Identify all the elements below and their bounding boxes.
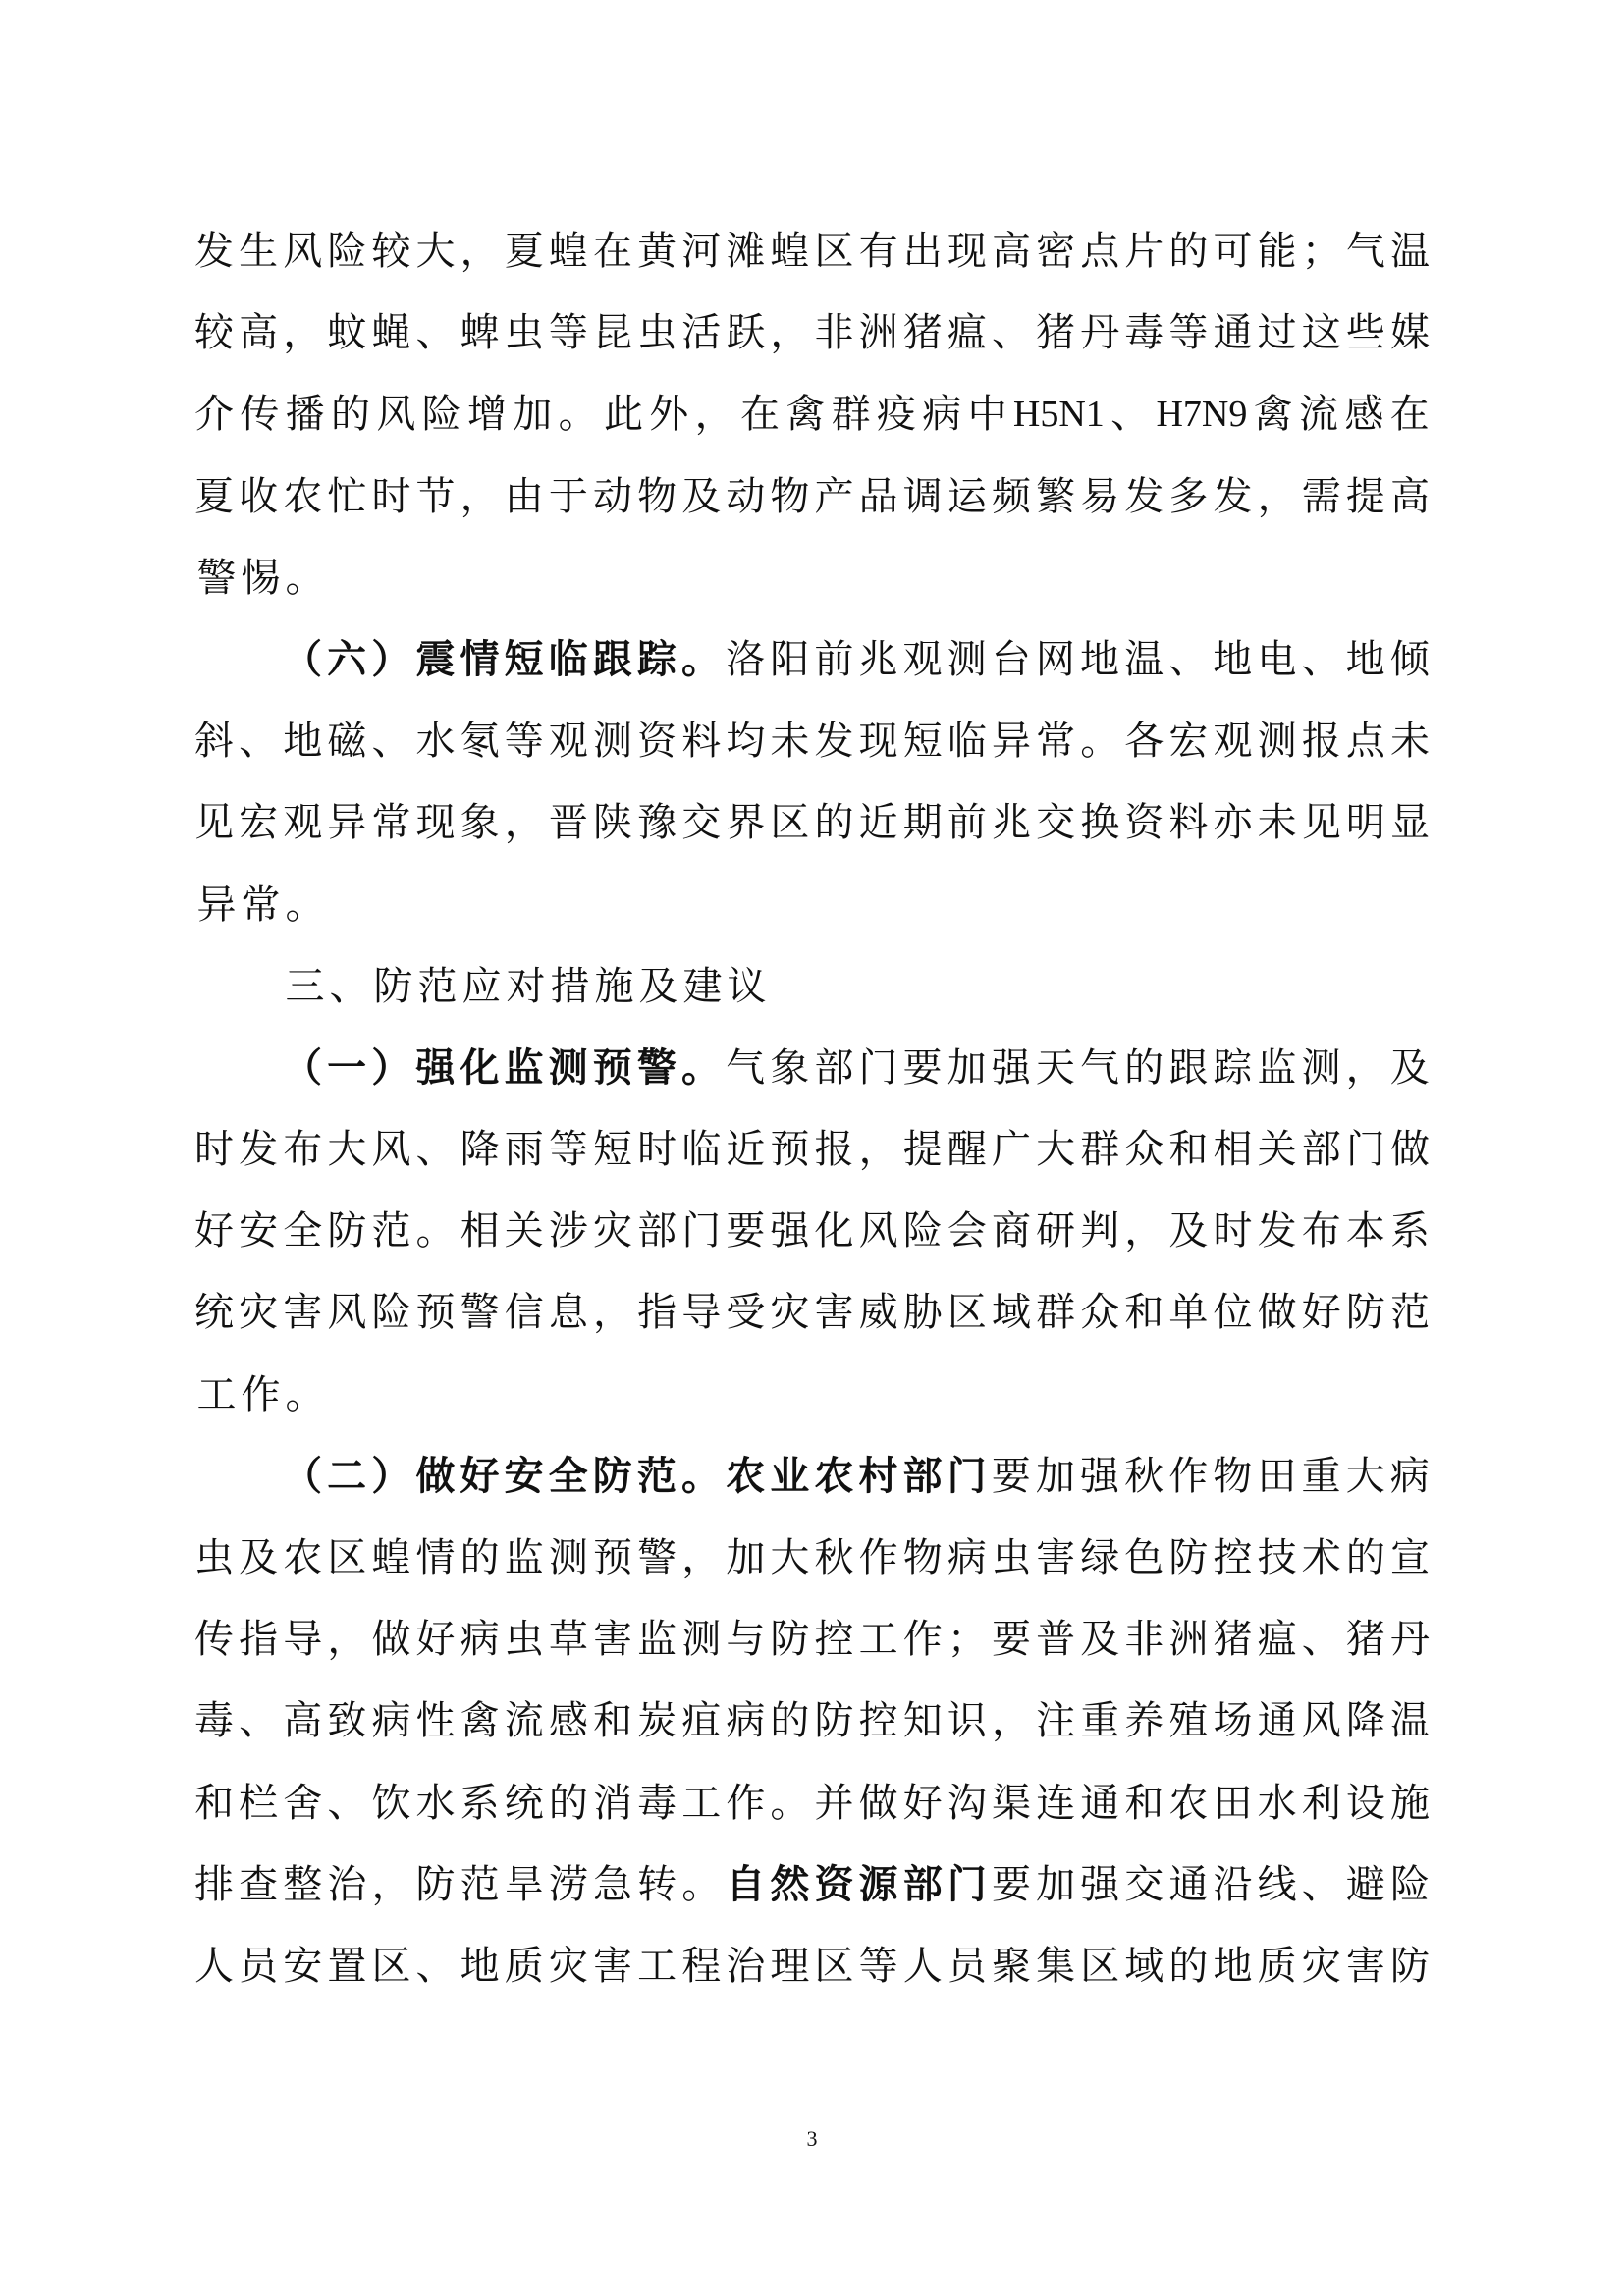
- text-line: 夏收农忙时节，由于动物及动物产品调运频繁易发多发，需提高: [194, 456, 1430, 538]
- text-line: 和栏舍、饮水系统的消毒工作。并做好沟渠连通和农田水利设施: [194, 1763, 1430, 1844]
- text-line: 人员安置区、地质灾害工程治理区等人员聚集区域的地质灾害防: [194, 1926, 1430, 2007]
- document-body: 发生风险较大，夏蝗在黄河滩蝗区有出现高密点片的可能；气温较高，蚊蝇、蜱虫等昆虫活…: [194, 211, 1430, 2007]
- text-line: 时发布大风、降雨等短时临近预报，提醒广大群众和相关部门做: [194, 1109, 1430, 1191]
- section-heading: 三、防范应对措施及建议: [194, 946, 1430, 1028]
- text-line: 好安全防范。相关涉灾部门要强化风险会商研判，及时发布本系: [194, 1191, 1430, 1272]
- text-line: 传指导，做好病虫草害监测与防控工作；要普及非洲猪瘟、猪丹: [194, 1599, 1430, 1681]
- paragraph: 发生风险较大，夏蝗在黄河滩蝗区有出现高密点片的可能；气温较高，蚊蝇、蜱虫等昆虫活…: [194, 211, 1430, 619]
- text-line: 统灾害风险预警信息，指导受灾害威胁区域群众和单位做好防范: [194, 1272, 1430, 1354]
- text-line: 工作。: [194, 1355, 1430, 1436]
- text-line: 异常。: [194, 865, 1430, 946]
- text-line: 见宏观异常现象，晋陕豫交界区的近期前兆交换资料亦未见明显: [194, 782, 1430, 864]
- text-line: 发生风险较大，夏蝗在黄河滩蝗区有出现高密点片的可能；气温: [194, 211, 1430, 293]
- text-line: 斜、地磁、水氡等观测资料均未发现短临异常。各宏观测报点未: [194, 701, 1430, 782]
- text-line: （六）震情短临跟踪。洛阳前兆观测台网地温、地电、地倾: [194, 619, 1430, 701]
- text-line: 排查整治，防范旱涝急转。自然资源部门要加强交通沿线、避险: [194, 1844, 1430, 1926]
- paragraph: （一）强化监测预警。气象部门要加强天气的跟踪监测，及时发布大风、降雨等短时临近预…: [194, 1028, 1430, 1436]
- text-line: 三、防范应对措施及建议: [194, 946, 1430, 1028]
- text-line: （一）强化监测预警。气象部门要加强天气的跟踪监测，及: [194, 1028, 1430, 1109]
- text-line: （二）做好安全防范。农业农村部门要加强秋作物田重大病: [194, 1436, 1430, 1518]
- text-line: 虫及农区蝗情的监测预警，加大秋作物病虫害绿色防控技术的宣: [194, 1518, 1430, 1599]
- page-number: 3: [0, 2126, 1624, 2152]
- text-line: 毒、高致病性禽流感和炭疽病的防控知识，注重养殖场通风降温: [194, 1681, 1430, 1762]
- paragraph: （二）做好安全防范。农业农村部门要加强秋作物田重大病虫及农区蝗情的监测预警，加大…: [194, 1436, 1430, 2007]
- document-page: 发生风险较大，夏蝗在黄河滩蝗区有出现高密点片的可能；气温较高，蚊蝇、蜱虫等昆虫活…: [0, 0, 1624, 2296]
- text-line: 介传播的风险增加。此外，在禽群疫病中H5N1、H7N9禽流感在: [194, 374, 1430, 455]
- text-line: 警惕。: [194, 538, 1430, 619]
- paragraph: （六）震情短临跟踪。洛阳前兆观测台网地温、地电、地倾斜、地磁、水氡等观测资料均未…: [194, 619, 1430, 946]
- text-line: 较高，蚊蝇、蜱虫等昆虫活跃，非洲猪瘟、猪丹毒等通过这些媒: [194, 293, 1430, 374]
